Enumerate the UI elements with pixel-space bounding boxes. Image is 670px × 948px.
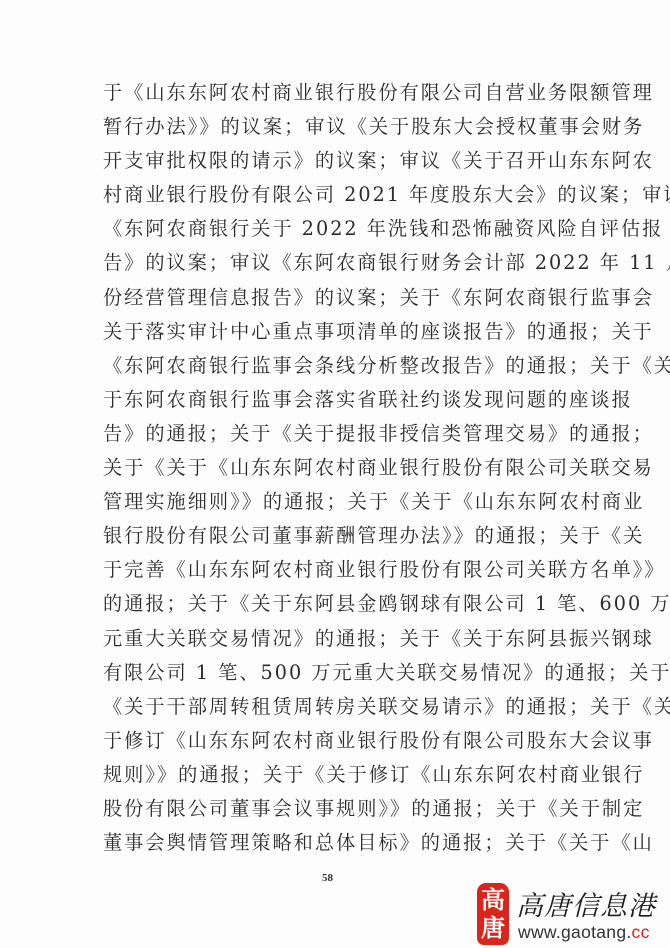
text-line: 暂行办法》》的议案；审议《关于股东大会授权董事会财务 [103, 110, 575, 144]
text-line: 于完善《山东东阿农村商业银行股份有限公司关联方名单》》 [103, 553, 575, 587]
text-line: 于《山东东阿农村商业银行股份有限公司自营业务限额管理 [103, 76, 575, 110]
text-line: 董事会舆情管理策略和总体目标》的通报；关于《关于《山 [103, 826, 575, 860]
text-line: 《关于干部周转租赁周转房关联交易请示》的通报；关于《关 [103, 690, 575, 724]
text-line: 于修订《山东东阿农村商业银行股份有限公司股东大会议事 [103, 724, 575, 758]
page-number: 58 [322, 872, 333, 884]
text-line: 有限公司 1 笔、500 万元重大关联交易情况》的通报；关于 [103, 656, 575, 690]
text-line: 关于《关于《山东东阿农村商业银行股份有限公司关联交易 [103, 451, 575, 485]
text-line: 《东阿农商银行关于 2022 年洗钱和恐怖融资风险自评估报 [103, 212, 575, 246]
text-line: 于东阿农商银行监事会落实省联社约谈发现问题的座谈报 [103, 383, 575, 417]
text-line: 规则》》的通报；关于《关于修订《山东东阿农村商业银行 [103, 758, 575, 792]
text-line: 份经营管理信息报告》的议案；关于《东阿农商银行监事会 [103, 281, 575, 315]
text-line: 关于落实审计中心重点事项清单的座谈报告》的通报；关于 [103, 315, 575, 349]
seal-logo-icon: 高 唐 [477, 883, 509, 945]
text-line: 告》的议案；审议《东阿农商银行财务会计部 2022 年 11 月 [103, 246, 575, 280]
text-line: 元重大关联交易情况》的通报；关于《关于东阿县振兴钢球 [103, 622, 575, 656]
brand-url-tld: cc [632, 922, 650, 942]
text-line: 的通报；关于《关于东阿县金鸥钢球有限公司 1 笔、600 万 [103, 587, 575, 621]
text-line: 开支审批权限的请示》的议案；审议《关于召开山东东阿农 [103, 144, 575, 178]
seal-char-top: 高 [481, 886, 505, 914]
brand-url-main: www.gaotang. [518, 922, 632, 942]
text-line: 银行股份有限公司董事薪酬管理办法》》的通报；关于《关 [103, 519, 575, 553]
text-line: 《东阿农商银行监事会条线分析整改报告》的通报；关于《关 [103, 349, 575, 383]
text-line: 股份有限公司董事会议事规则》》的通报；关于《关于制定 [103, 792, 575, 826]
text-line: 管理实施细则》》的通报；关于《关于《山东东阿农村商业 [103, 485, 575, 519]
text-line: 告》的通报；关于《关于提报非授信类管理交易》的通报； [103, 417, 575, 451]
site-watermark-logo: 高 唐 高唐信息港 www.gaotang.cc [476, 882, 670, 948]
brand-url: www.gaotang.cc [518, 922, 650, 943]
text-line: 村商业银行股份有限公司 2021 年度股东大会》的议案；审议 [103, 178, 575, 212]
document-page: 于《山东东阿农村商业银行股份有限公司自营业务限额管理 暂行办法》》的议案；审议《… [0, 0, 670, 948]
brand-name: 高唐信息港 [516, 884, 656, 923]
document-body: 于《山东东阿农村商业银行股份有限公司自营业务限额管理 暂行办法》》的议案；审议《… [103, 76, 575, 860]
seal-char-bottom: 唐 [481, 914, 505, 942]
